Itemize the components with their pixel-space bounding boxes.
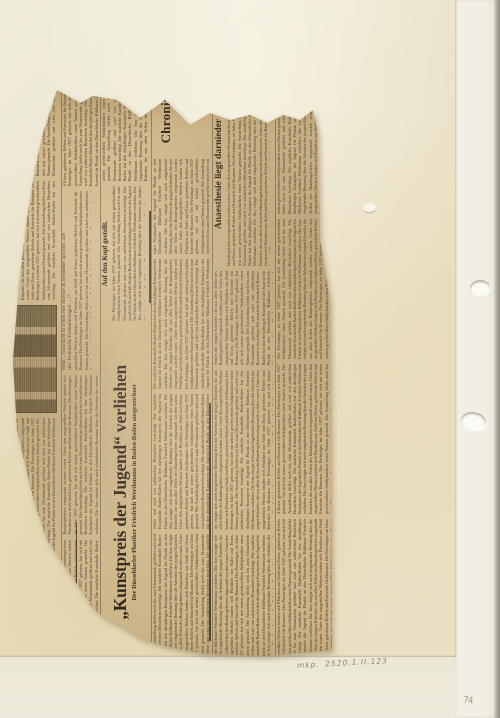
column-lead: Vorstadt bbox=[9, 572, 14, 659]
clipping-photo-illustration bbox=[9, 305, 57, 412]
clipping-kicker-column: Auf den Kopf gestellt. Der Preisträger, … bbox=[101, 186, 149, 320]
newsprint-text-block: rigen Kunstpreis der Jugend für Plastik … bbox=[152, 159, 210, 254]
newsprint-column-band: ht. Die Ausstellung bleibt noch bis zum … bbox=[151, 82, 210, 659]
newsprint-text-block: Vorstadt Die staatliche Kunsthalle Baden… bbox=[9, 572, 57, 659]
clipping-notiz-block: Notiz: „Glasnacht ist schon eine Adresse… bbox=[62, 191, 98, 370]
newsprint-text-block: öffnet und wird von zahlreichen Besucher… bbox=[152, 394, 210, 529]
page-number-mark: 74 bbox=[463, 696, 473, 707]
newsprint-text-block: ury einigte sich nach eingehender Beratu… bbox=[213, 371, 273, 530]
newsprint-content: Vorstadt Die staatliche Kunsthalle Baden… bbox=[5, 78, 339, 663]
newsprint-text-block: d Eisen, getriebene Reliefs und Entwürfe… bbox=[62, 82, 98, 186]
newsprint-column-band: sgestellten Werken fanden sich Plastiken… bbox=[275, 82, 336, 659]
newsprint-rule bbox=[149, 211, 151, 303]
newsprint-text-block: dorfer Bildhauer Friedrich Werthmann ver… bbox=[9, 181, 57, 300]
newsprint-text-block: sgestellten Werken fanden sich Plastiken… bbox=[73, 191, 91, 370]
scan-page: Vorstadt Die staatliche Kunsthalle Baden… bbox=[0, 0, 500, 718]
newsprint-column-band: „Kunstpreis der Jugend“ verliehen Der Dü… bbox=[100, 82, 149, 659]
newsprint-column-band: dorfer Bildhauer Friedrich Werthmann ver… bbox=[212, 82, 273, 659]
news-clipping: Vorstadt Die staatliche Kunsthalle Baden… bbox=[5, 78, 339, 663]
newsprint-text-block: Der Preisträger, im Jahre 1927 geboren, … bbox=[276, 219, 336, 359]
punched-filing-sheet bbox=[453, 0, 500, 718]
newsprint-text-block: seinen geschweißten Stahlplastiken einen… bbox=[276, 84, 336, 214]
newsprint-rule bbox=[209, 403, 211, 641]
clipping-headline-block: „Kunstpreis der Jugend“ verliehen Der Dü… bbox=[101, 326, 149, 659]
paper-speck bbox=[363, 203, 376, 212]
clipping-column-heading: Chronik bbox=[152, 84, 210, 154]
newsprint-text-block: seinen geschweißten Stahlplastiken einen… bbox=[101, 82, 149, 181]
newsprint-text-block: Bundesgebietes eingesandt worden waren. … bbox=[62, 375, 98, 534]
newsprint-text-block: Der Preisträger, im Jahre 1927 geboren, … bbox=[111, 186, 145, 320]
clipping-headline: „Kunstpreis der Jugend“ verliehen bbox=[111, 326, 129, 659]
newsprint-text-block: ury einigte sich nach eingehender Beratu… bbox=[9, 82, 57, 176]
clipping-section-heading: Anaesthesie liegt darnieder bbox=[214, 82, 224, 266]
newsprint-text-block: Die staatliche Kunsthalle Baden-Baden ha… bbox=[152, 259, 210, 389]
newsprint-text-block: ht. Die Ausstellung bleibt noch bis zum … bbox=[152, 534, 210, 659]
newsprint-column-band: Vorstadt Die staatliche Kunsthalle Baden… bbox=[9, 82, 57, 659]
newsprint-rule bbox=[76, 523, 77, 601]
album-page-lower-fold bbox=[0, 656, 455, 718]
newsprint-text-block: dorfer Bildhauer Friedrich Werthmann ver… bbox=[213, 535, 273, 659]
clipping-section: Anaesthesie liegt darnieder Bundesgebiet… bbox=[213, 82, 273, 266]
clipping-kicker: Auf den Kopf gestellt. bbox=[101, 186, 109, 320]
newsprint-text-block: Bundesgebietes eingesandt worden waren. … bbox=[226, 82, 270, 266]
newsprint-column-band: rbeiten der jungen Künstler, die aus all… bbox=[61, 82, 98, 659]
newsprint-text-block: sgestellten Werken fanden sich Plastiken… bbox=[276, 519, 336, 659]
newsprint-text-block: rigen Kunstpreis der Jugend für Plastik … bbox=[9, 418, 57, 567]
newsprint-text-block: rbeiten der jungen Künstler, die aus all… bbox=[213, 271, 273, 366]
newsprint-text-block: rbeiten der jungen Künstler, die aus all… bbox=[62, 540, 98, 659]
clipping-subheadline: Der Düsseldorfer Plastiker Friedrich Wer… bbox=[132, 326, 139, 659]
clipping-surface: Vorstadt Die staatliche Kunsthalle Baden… bbox=[5, 78, 339, 663]
scan-right-edge bbox=[494, 0, 500, 718]
newsprint-text-block: d Eisen, getriebene Reliefs und Entwürfe… bbox=[276, 364, 336, 514]
